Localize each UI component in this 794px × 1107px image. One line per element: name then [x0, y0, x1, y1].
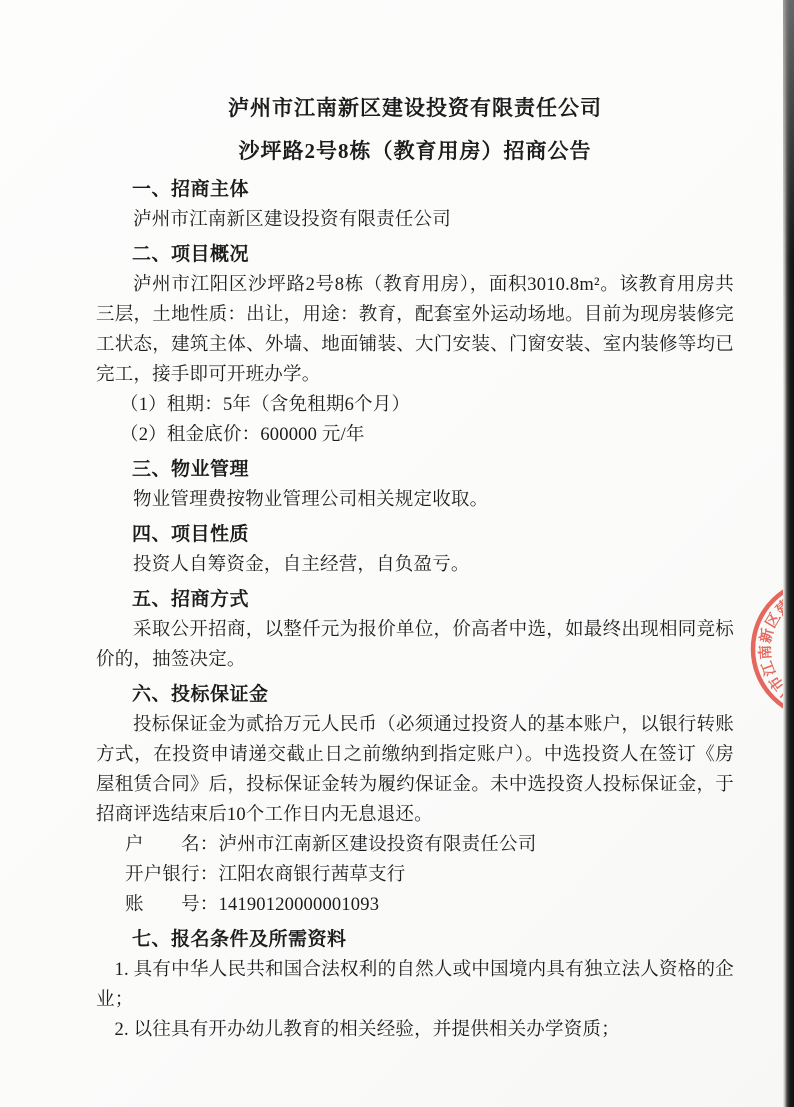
section-6-heading: 六、投标保证金 [96, 685, 734, 705]
document-content: 泸州市江南新区建设投资有限责任公司 沙坪路2号8栋（教育用房）招商公告 一、招商… [0, 0, 794, 1045]
section-5: 五、招商方式 采取公开招商，以整仟元为报价单位，价高者中选，如最终出现相同竞标价… [96, 590, 734, 675]
requirement-item-2: 2. 以往具有开办幼儿教育的相关经验，并提供相关办学资质； [96, 1015, 734, 1045]
section-1-paragraph: 泸州市江南新区建设投资有限责任公司 [96, 205, 734, 235]
section-2-heading: 二、项目概况 [96, 245, 734, 265]
account-number-line: 账 号：14190120000001093 [96, 890, 734, 920]
document-page: 泸州市江南新区建设投资有限责任公司 沙坪路2号8栋（教育用房）招商公告 一、招商… [0, 0, 794, 1107]
section-7-heading: 七、报名条件及所需资料 [96, 930, 734, 950]
doc-title-line1: 泸州市江南新区建设投资有限责任公司 [96, 96, 734, 120]
section-2-paragraph: 泸州市江阳区沙坪路2号8栋（教育用房），面积3010.8m²。该教育用房共三层，… [96, 270, 734, 390]
section-2: 二、项目概况 泸州市江阳区沙坪路2号8栋（教育用房），面积3010.8m²。该教… [96, 245, 734, 450]
account-holder-line: 户 名：泸州市江南新区建设投资有限责任公司 [96, 830, 734, 860]
section-4-paragraph: 投资人自筹资金，自主经营，自负盈亏。 [96, 550, 734, 580]
section-1-heading: 一、招商主体 [96, 180, 734, 200]
section-3: 三、物业管理 物业管理费按物业管理公司相关规定收取。 [96, 460, 734, 515]
doc-title-line2: 沙坪路2号8栋（教育用房）招商公告 [96, 139, 734, 163]
section-1: 一、招商主体 泸州市江南新区建设投资有限责任公司 [96, 180, 734, 235]
section-3-heading: 三、物业管理 [96, 460, 734, 480]
section-5-paragraph: 采取公开招商，以整仟元为报价单位，价高者中选，如最终出现相同竞标价的，抽签决定。 [96, 615, 734, 675]
lease-term-item: （1）租期：5年（含免租期6个月） [96, 390, 734, 420]
base-rent-item: （2）租金底价：600000 元/年 [96, 420, 734, 450]
bank-name-line: 开户银行：江阳农商银行茜草支行 [96, 860, 734, 890]
section-6-paragraph: 投标保证金为贰拾万元人民币（必须通过投资人的基本账户，以银行转账方式，在投资申请… [96, 710, 734, 830]
section-4: 四、项目性质 投资人自筹资金，自主经营，自负盈亏。 [96, 525, 734, 580]
section-7: 七、报名条件及所需资料 1. 具有中华人民共和国合法权利的自然人或中国境内具有独… [96, 930, 734, 1045]
requirement-item-1: 1. 具有中华人民共和国合法权利的自然人或中国境内具有独立法人资格的企业； [96, 955, 734, 1015]
section-6: 六、投标保证金 投标保证金为贰拾万元人民币（必须通过投资人的基本账户，以银行转账… [96, 685, 734, 920]
scan-edge-strip [783, 0, 794, 1107]
section-4-heading: 四、项目性质 [96, 525, 734, 545]
section-3-paragraph: 物业管理费按物业管理公司相关规定收取。 [96, 485, 734, 515]
section-5-heading: 五、招商方式 [96, 590, 734, 610]
